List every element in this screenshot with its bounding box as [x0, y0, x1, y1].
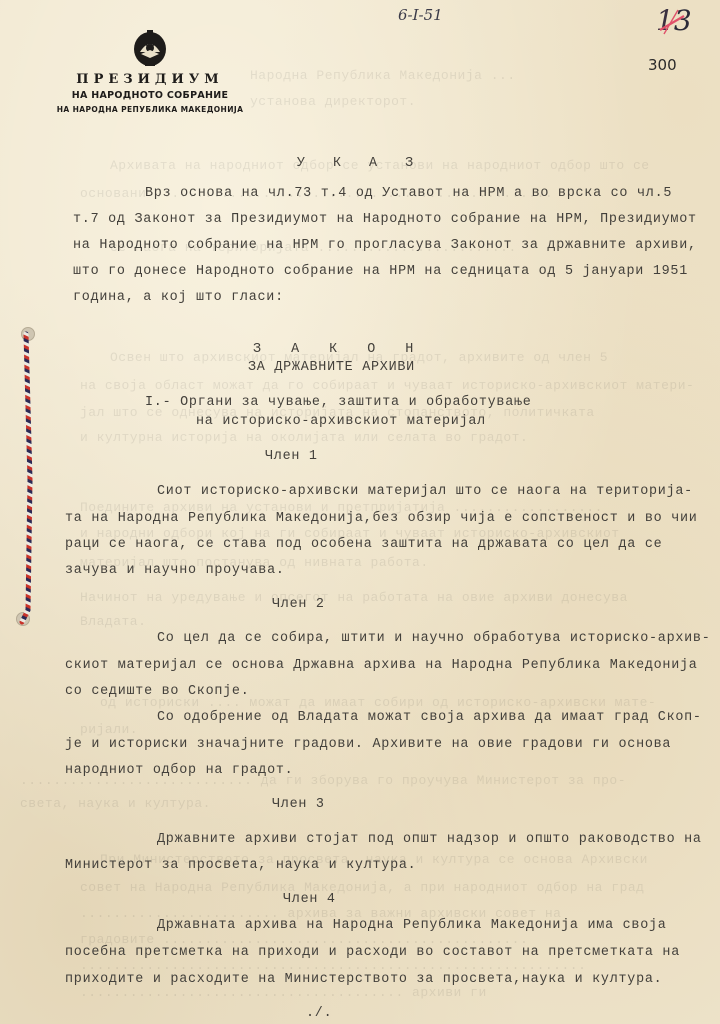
continuation-mark: ./.: [306, 1006, 332, 1021]
article-line: скиот материјал се основа Државна архива…: [65, 658, 698, 673]
section-heading-cont: на историско-архивскиот материјал: [196, 414, 486, 429]
article-line: Сиот историско-архивски материјал што се…: [157, 484, 693, 499]
article-1-heading: Член 1: [265, 449, 318, 464]
section-heading: I.- Органи за чување, заштита и обработу…: [145, 395, 532, 410]
decree-line: на Народното собрание на НРМ го прогласу…: [73, 238, 697, 253]
binding-hole-top: [21, 327, 35, 341]
article-line: раци се наога, се става под особена зашт…: [65, 537, 662, 552]
article-line: посебна претсметка на приходи и расходи …: [65, 945, 680, 960]
folio-number: 300: [648, 56, 677, 74]
article-line: Министерот за просвета, наука и култура.: [65, 858, 416, 873]
decree-line: година, а кој што гласи:: [73, 290, 284, 305]
law-title: З А К О Н: [253, 342, 424, 357]
article-line: Државната архива на Народна Република Ма…: [157, 918, 667, 933]
handwritten-date: 6-I-51: [398, 6, 443, 24]
article-line: Со одобрение од Владата можат своја архи…: [157, 710, 702, 725]
article-2-heading: Член 2: [272, 597, 325, 612]
article-line: је и историски значајните градови. Архив…: [65, 737, 671, 752]
decree-title: У К А З: [0, 156, 720, 171]
article-3-heading: Член 3: [272, 797, 325, 812]
law-subtitle: ЗА ДРЖАВНИТЕ АРХИВИ: [248, 360, 415, 375]
decree-line: Врз основа на чл.73 т.4 од Уставот на НР…: [145, 186, 672, 201]
article-line: приходите и расходите на Министерството …: [65, 972, 662, 987]
article-line: зачува и научно проучава.: [65, 563, 285, 578]
article-line: Со цел да се собира, штити и научно обра…: [157, 631, 711, 646]
macedonia-coat-of-arms-icon: [130, 28, 170, 68]
article-line: народниот одбор на градот.: [65, 763, 293, 778]
decree-line: т.7 од Законот за Президиумот на Народно…: [73, 212, 697, 227]
letterhead: ПРЕЗИДИУМ НА НАРОДНОТО СОБРАНИЕ НА НАРОД…: [40, 28, 260, 114]
binding-hole-bottom: [16, 612, 30, 626]
article-line: та на Народна Република Македонија,без о…: [65, 511, 698, 526]
page-number: 3: [674, 4, 692, 37]
letterhead-title: ПРЕЗИДИУМ: [40, 72, 260, 87]
letterhead-subtitle: НА НАРОДНОТО СОБРАНИЕ: [40, 90, 260, 101]
article-line: со седиште во Скопје.: [65, 684, 250, 699]
article-line: Државните архиви стојат под општ надзор …: [157, 832, 702, 847]
decree-line: што го донесе Народното собрание на НРМ …: [73, 264, 688, 279]
letterhead-republic: НА НАРОДНА РЕПУБЛИКА МАКЕДОНИЈА: [40, 105, 260, 114]
article-4-heading: Член 4: [283, 892, 336, 907]
struck-page-number: 1: [656, 4, 674, 37]
handwritten-page-number: 13: [656, 4, 692, 37]
binding-cord: [14, 330, 40, 630]
